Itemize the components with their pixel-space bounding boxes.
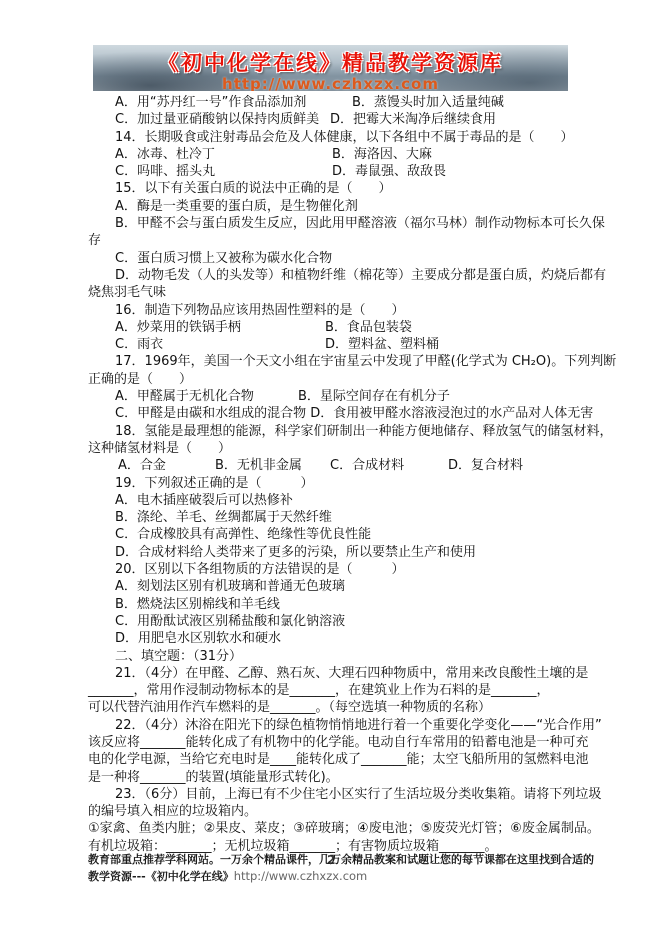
exam-page: { "banner": { "title": "《初中化学在线》精品教学资源库"… xyxy=(0,0,661,935)
text-line: 20．区别以下各组物质的方法错误的是（ ） xyxy=(88,561,598,578)
text-segment: 这种储氢材料是（ ） xyxy=(88,440,231,457)
text-line: D．用肥皂水区别软水和硬水 xyxy=(88,630,598,647)
text-line: 19．下列叙述正确的是（ ） xyxy=(88,475,598,492)
text-segment: C．雨衣 xyxy=(115,336,163,353)
text-segment: C．用酚酞试液区别稀盐酸和氯化钠溶液 xyxy=(115,613,345,630)
text-line: A．甲醛属于无机化合物B．星际空间存在有机分子 xyxy=(88,388,598,405)
text-segment: B．蒸馒头时加入适量纯碱 xyxy=(352,94,504,111)
text-line: _______，常用作浸制动物标本的是_______，在建筑业上作为石料的是__… xyxy=(88,682,598,699)
text-segment: B．涤纶、羊毛、丝绸都属于天然纤维 xyxy=(115,509,332,526)
text-line: B．甲醛不会与蛋白质发生反应，因此用甲醛溶液（福尔马林）制作动物标本可长久保 xyxy=(88,215,598,232)
text-segment: A．用“苏丹红一号”作食品添加剂 xyxy=(115,94,306,111)
text-line: C．吗啡、摇头丸D．毒鼠强、敌敌畏 xyxy=(88,163,598,180)
text-line: A．用“苏丹红一号”作食品添加剂B．蒸馒头时加入适量纯碱 xyxy=(88,94,598,111)
text-segment: 14．长期吸食或注射毒品会危及人体健康，以下各组中不属于毒品的是（ ） xyxy=(115,129,574,146)
text-line: C．加过量亚硝酸钠以保持肉质鲜美D．把霉大米淘净后继续食用 xyxy=(88,111,598,128)
site-banner: 《初中化学在线》精品教学资源库 http://www.czhxzx.com xyxy=(93,45,568,91)
text-line: A．冰毒、杜冷丁B．海洛因、大麻 xyxy=(88,146,598,163)
text-segment: C．加过量亚硝酸钠以保持肉质鲜美 xyxy=(115,111,319,128)
text-segment: A．冰毒、杜冷丁 xyxy=(115,146,215,163)
text-line: 正确的是（ ） xyxy=(88,371,598,388)
text-segment: B．星际空间存在有机分子 xyxy=(298,388,450,405)
text-segment: A．甲醛属于无机化合物 xyxy=(115,388,254,405)
text-line: 15．以下有关蛋白质的说法中正确的是（ ） xyxy=(88,180,598,197)
text-segment: A．酶是一类重要的蛋白质，是生物催化剂 xyxy=(115,198,358,215)
text-line: D．合成材料给人类带来了更多的污染，所以要禁止生产和使用 xyxy=(88,544,598,561)
footer-source-label: 教学资源---《初中化学在线》 xyxy=(88,870,234,883)
text-segment: C．吗啡、摇头丸 xyxy=(115,163,215,180)
text-line: 这种储氢材料是（ ） xyxy=(88,440,598,457)
banner-url-link[interactable]: http://www.czhxzx.com xyxy=(93,75,568,91)
text-segment: 16．制造下列物品应该用热固性塑料的是（ ） xyxy=(115,302,405,319)
text-line: 电的化学电源，当给它充电时是____能转化成了_______能；太空飞船所用的氢… xyxy=(88,751,598,768)
text-segment: B．甲醛不会与蛋白质发生反应，因此用甲醛溶液（福尔马林）制作动物标本可长久保 xyxy=(115,215,605,232)
text-segment: A．刻划法区别有机玻璃和普通无色玻璃 xyxy=(115,578,345,595)
text-segment: D．把霉大米淘净后继续食用 xyxy=(330,111,496,128)
text-line: 18．氢能是最理想的能源，科学家们研制出一种能方便地储存、释放氢气的储氢材料， xyxy=(88,423,598,440)
text-segment: C．合成橡胶具有高弹性、绝缘性等优良性能 xyxy=(115,526,371,543)
text-segment: B．食品包装袋 xyxy=(325,319,412,336)
text-segment: 21．（4分）在甲醛、乙醇、熟石灰、大理石四种物质中，常用来改良酸性土壤的是 xyxy=(115,665,588,682)
text-line: A．炒菜用的铁锅手柄B．食品包装袋 xyxy=(88,319,598,336)
document-body: A．用“苏丹红一号”作食品添加剂B．蒸馒头时加入适量纯碱C．加过量亚硝酸钠以保持… xyxy=(88,94,598,855)
text-segment: 电的化学电源，当给它充电时是____能转化成了_______能；太空飞船所用的氢… xyxy=(88,751,589,768)
text-line: B．燃烧法区别棉线和羊毛线 xyxy=(88,596,598,613)
text-segment: 二、填空题：（31分） xyxy=(115,648,242,665)
text-line: ①家禽、鱼类内脏；②果皮、菜皮；③碎玻璃；④废电池；⑤废荧光灯管；⑥废金属制品。 xyxy=(88,820,598,837)
text-segment: B．无机非金属 xyxy=(215,457,302,474)
text-line: 22．（4分）沐浴在阳光下的绿色植物悄悄地进行着一个重要化学变化——“光合作用” xyxy=(88,717,598,734)
text-segment: D．复合材料 xyxy=(448,457,523,474)
page-footer: 教育部重点推荐学科网站。一万余个精品课件，几万余精品教案和试题让您的每节课都在这… xyxy=(88,852,603,885)
text-segment: A．电木插座破裂后可以热修补 xyxy=(115,492,293,509)
text-segment: D．用肥皂水区别软水和硬水 xyxy=(115,630,281,647)
text-segment: 17．1969年，美国一个天文小组在宇宙星云中发现了甲醛(化学式为 CH₂O)。… xyxy=(115,353,616,370)
text-segment: 19．下列叙述正确的是（ ） xyxy=(115,475,314,492)
text-line: 16．制造下列物品应该用热固性塑料的是（ ） xyxy=(88,302,598,319)
text-segment: 22．（4分）沐浴在阳光下的绿色植物悄悄地进行着一个重要化学变化——“光合作用” xyxy=(115,717,602,734)
text-line: C．甲醛是由碳和水组成的混合物 D．食用被甲醛水溶液浸泡过的水产品对人体无害 xyxy=(88,405,598,422)
text-segment: A．合金 xyxy=(118,457,166,474)
text-line: C．蛋白质习惯上又被称为碳水化合物 xyxy=(88,250,598,267)
text-segment: A．炒菜用的铁锅手柄 xyxy=(115,319,241,336)
text-line: C．合成橡胶具有高弹性、绝缘性等优良性能 xyxy=(88,526,598,543)
text-line: 17．1969年，美国一个天文小组在宇宙星云中发现了甲醛(化学式为 CH₂O)。… xyxy=(88,353,598,370)
text-line: 14．长期吸食或注射毒品会危及人体健康，以下各组中不属于毒品的是（ ） xyxy=(88,129,598,146)
text-segment: C．蛋白质习惯上又被称为碳水化合物 xyxy=(115,250,332,267)
text-line: C．雨衣D．塑料盆、塑料桶 xyxy=(88,336,598,353)
text-segment: D．动物毛发（人的头发等）和植物纤维（棉花等）主要成分都是蛋白质，灼烧后都有 xyxy=(115,267,606,284)
text-segment: 15．以下有关蛋白质的说法中正确的是（ ） xyxy=(115,180,392,197)
text-line: A．电木插座破裂后可以热修补 xyxy=(88,492,598,509)
text-line: A．酶是一类重要的蛋白质，是生物催化剂 xyxy=(88,198,598,215)
text-line: A．合金B．无机非金属C．合成材料D．复合材料 xyxy=(88,457,598,474)
footer-promo-text: 教育部重点推荐学科网站。一万余个精品课件，几万余精品教案和试题让您的每节课都在这… xyxy=(88,852,603,868)
text-line: D．动物毛发（人的头发等）和植物纤维（棉花等）主要成分都是蛋白质，灼烧后都有 xyxy=(88,267,598,284)
text-segment: 23．（6分）目前，上海已有不少住宅小区实行了生活垃圾分类收集箱。请将下列垃圾 xyxy=(115,786,601,803)
footer-url-link[interactable]: http://www.czhxzx.com xyxy=(234,869,368,883)
text-line: 烧焦羽毛气味 xyxy=(88,284,598,301)
banner-title: 《初中化学在线》精品教学资源库 xyxy=(93,47,568,77)
text-segment: 正确的是（ ） xyxy=(88,371,192,388)
text-segment: 可以代替汽油用作汽车燃料的是_______。（每空选填一种物质的名称） xyxy=(88,699,491,716)
text-line: C．用酚酞试液区别稀盐酸和氯化钠溶液 xyxy=(88,613,598,630)
text-segment: 18．氢能是最理想的能源，科学家们研制出一种能方便地储存、释放氢气的储氢材料， xyxy=(115,423,613,440)
text-line: B．涤纶、羊毛、丝绸都属于天然纤维 xyxy=(88,509,598,526)
text-segment: D．毒鼠强、敌敌畏 xyxy=(332,163,446,180)
text-segment: 的编号填入相应的垃圾箱内。 xyxy=(88,803,257,820)
text-segment: 是一种将_______的装置(填能量形式转化)。 xyxy=(88,769,339,786)
text-segment: 存 xyxy=(88,232,101,249)
text-segment: C．甲醛是由碳和水组成的混合物 D．食用被甲醛水溶液浸泡过的水产品对人体无害 xyxy=(115,405,593,422)
text-line: 23．（6分）目前，上海已有不少住宅小区实行了生活垃圾分类收集箱。请将下列垃圾 xyxy=(88,786,598,803)
text-segment: D．合成材料给人类带来了更多的污染，所以要禁止生产和使用 xyxy=(115,544,476,561)
text-line: 存 xyxy=(88,232,598,249)
text-segment: ①家禽、鱼类内脏；②果皮、菜皮；③碎玻璃；④废电池；⑤废荧光灯管；⑥废金属制品。 xyxy=(88,820,600,837)
text-segment: D．塑料盆、塑料桶 xyxy=(325,336,439,353)
text-line: A．刻划法区别有机玻璃和普通无色玻璃 xyxy=(88,578,598,595)
text-segment: 烧焦羽毛气味 xyxy=(88,284,166,301)
footer-source-line: 教学资源---《初中化学在线》http://www.czhxzx.com xyxy=(88,868,603,885)
text-line: 可以代替汽油用作汽车燃料的是_______。（每空选填一种物质的名称） xyxy=(88,699,598,716)
text-line: 的编号填入相应的垃圾箱内。 xyxy=(88,803,598,820)
text-line: 是一种将_______的装置(填能量形式转化)。 xyxy=(88,769,598,786)
text-segment: _______，常用作浸制动物标本的是_______，在建筑业上作为石料的是__… xyxy=(88,682,550,699)
text-segment: 20．区别以下各组物质的方法错误的是（ ） xyxy=(115,561,405,578)
text-segment: B．燃烧法区别棉线和羊毛线 xyxy=(115,596,280,613)
text-segment: B．海洛因、大麻 xyxy=(332,146,432,163)
text-line: 该反应将_______能转化成了有机物中的化学能。电动自行车常用的铅蓄电池是一种… xyxy=(88,734,598,751)
text-segment: C．合成材料 xyxy=(330,457,404,474)
text-line: 二、填空题：（31分） xyxy=(88,648,598,665)
text-line: 21．（4分）在甲醛、乙醇、熟石灰、大理石四种物质中，常用来改良酸性土壤的是 xyxy=(88,665,598,682)
text-segment: 该反应将_______能转化成了有机物中的化学能。电动自行车常用的铅蓄电池是一种… xyxy=(88,734,589,751)
